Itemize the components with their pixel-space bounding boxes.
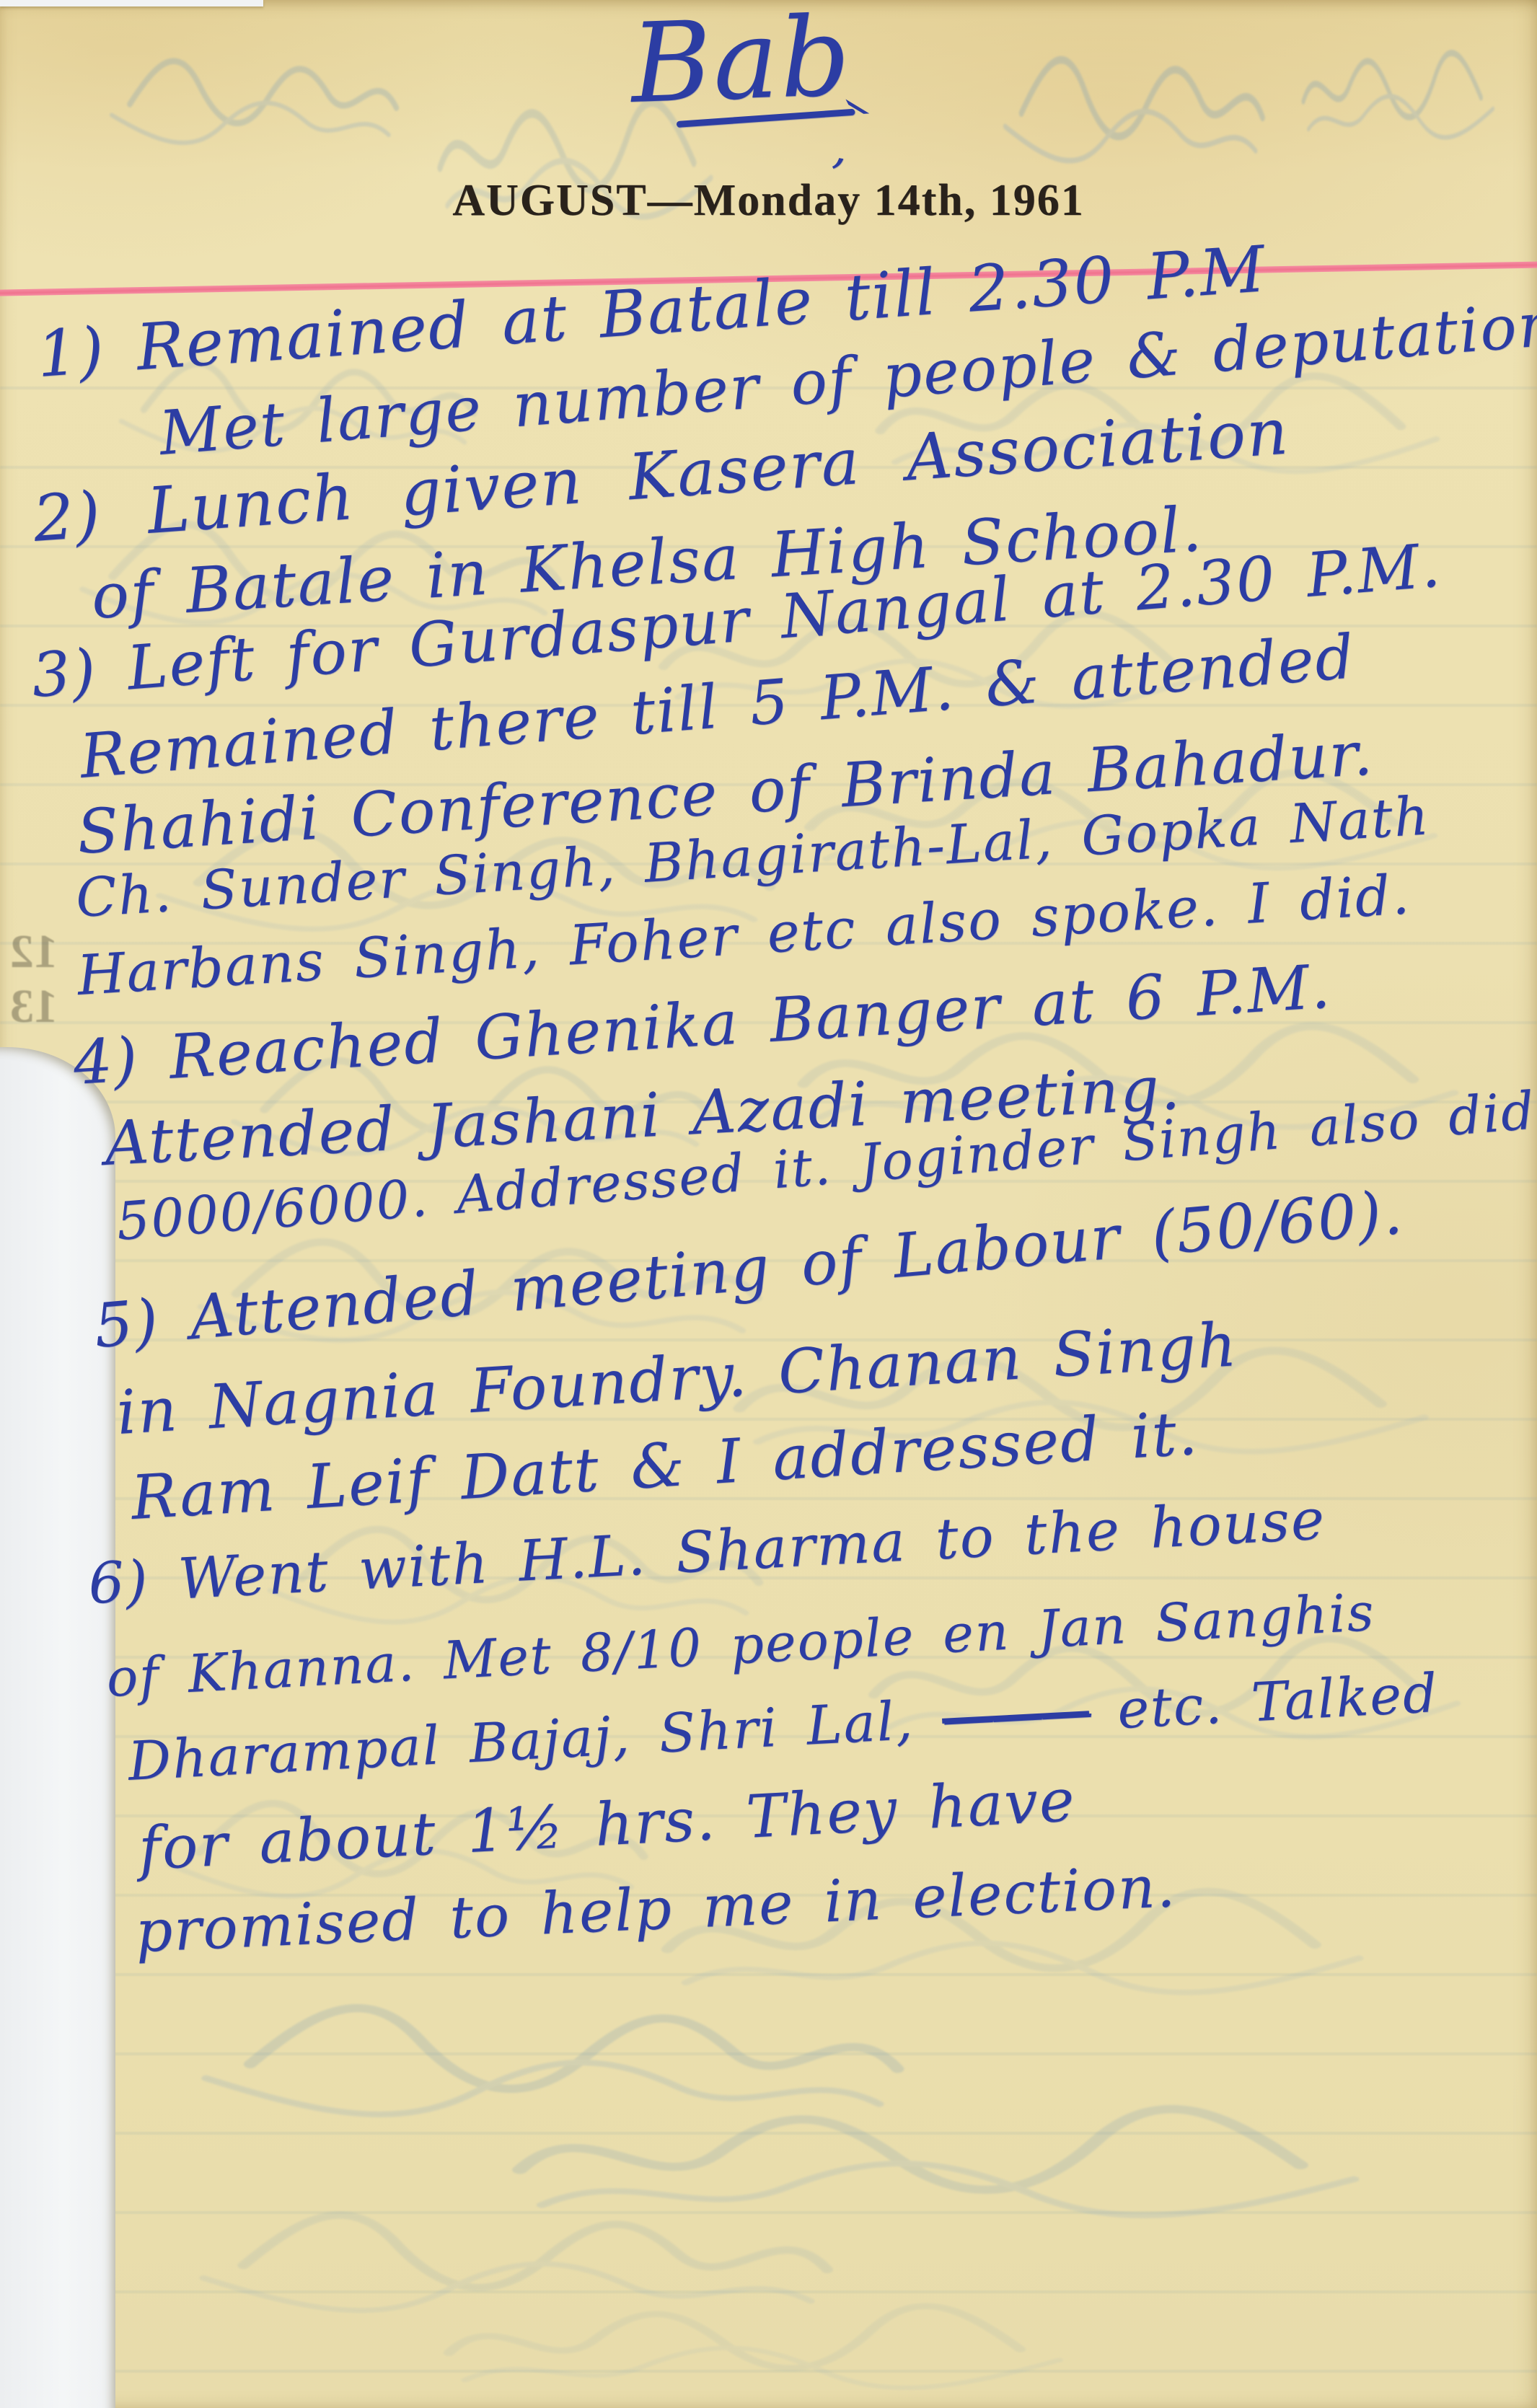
diary-page-scan: 12 13 Bab ’ AUGUST—Monday 14th, 1961 1) … xyxy=(0,0,1537,2408)
bleedthrough-page-number: 12 xyxy=(3,925,65,979)
struck-out-word: ——— xyxy=(941,1680,1091,1750)
bleedthrough-page-number: 13 xyxy=(3,979,65,1034)
printed-date-header: AUGUST—Monday 14th, 1961 xyxy=(0,175,1537,226)
underlying-page-top-edge xyxy=(0,0,263,6)
underlying-page-cut-corner xyxy=(0,1047,115,2408)
handwritten-title: Bab xyxy=(629,0,854,128)
